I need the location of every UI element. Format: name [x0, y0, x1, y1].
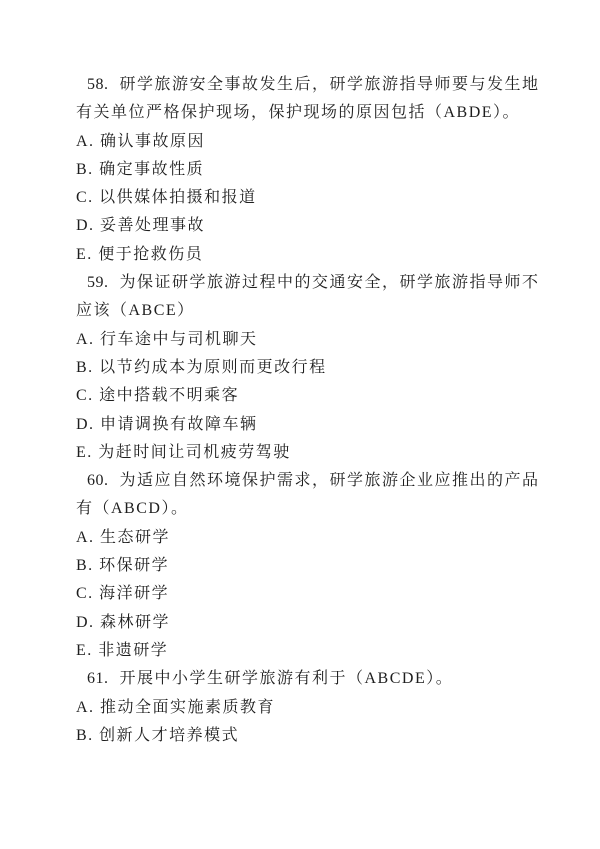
question-61-option-b: B. 创新人才培养模式	[76, 722, 546, 750]
question-60-stem-line-2: 有（ABCD）。	[76, 495, 546, 523]
question-58-option-a: A. 确认事故原因	[76, 128, 546, 156]
document-page: 58.研学旅游安全事故发生后，研学旅游指导师要与发生地 有关单位严格保护现场，保…	[0, 0, 600, 849]
question-59-option-d: D. 申请调换有故障车辆	[76, 411, 546, 439]
question-58-option-b: B. 确定事故性质	[76, 156, 546, 184]
question-59-stem-text-1: 为保证研学旅游过程中的交通安全，研学旅游指导师不	[120, 274, 540, 291]
question-59-number: 59.	[87, 274, 109, 291]
question-60-option-b: B. 环保研学	[76, 552, 546, 580]
question-59: 59.为保证研学旅游过程中的交通安全，研学旅游指导师不 应该（ABCE） A. …	[76, 269, 546, 467]
question-60-option-c: C. 海洋研学	[76, 580, 546, 608]
question-60: 60.为适应自然环境保护需求，研学旅游企业应推出的产品 有（ABCD）。 A. …	[76, 467, 546, 665]
question-59-option-c: C. 途中搭载不明乘客	[76, 382, 546, 410]
question-58-stem-text-1: 研学旅游安全事故发生后，研学旅游指导师要与发生地	[120, 76, 540, 93]
question-58: 58.研学旅游安全事故发生后，研学旅游指导师要与发生地 有关单位严格保护现场，保…	[76, 71, 546, 269]
question-58-number: 58.	[87, 76, 109, 93]
question-61: 61.开展中小学生研学旅游有利于（ABCDE）。 A. 推动全面实施素质教育 B…	[76, 665, 546, 750]
document-text-block: 58.研学旅游安全事故发生后，研学旅游指导师要与发生地 有关单位严格保护现场，保…	[76, 71, 546, 750]
question-58-option-e: E. 便于抢救伤员	[76, 241, 546, 269]
question-59-option-e: E. 为赶时间让司机疲劳驾驶	[76, 439, 546, 467]
question-58-stem-line-2: 有关单位严格保护现场，保护现场的原因包括（ABDE）。	[76, 99, 546, 127]
question-59-option-a: A. 行车途中与司机聊天	[76, 326, 546, 354]
question-60-option-d: D. 森林研学	[76, 609, 546, 637]
question-59-stem-line-1: 59.为保证研学旅游过程中的交通安全，研学旅游指导师不	[76, 269, 546, 297]
question-60-stem-text-1: 为适应自然环境保护需求，研学旅游企业应推出的产品	[120, 472, 540, 489]
question-58-option-d: D. 妥善处理事故	[76, 212, 546, 240]
question-61-number: 61.	[87, 670, 109, 687]
question-60-number: 60.	[87, 472, 109, 489]
question-60-option-a: A. 生态研学	[76, 524, 546, 552]
question-59-stem-line-2: 应该（ABCE）	[76, 297, 546, 325]
question-60-option-e: E. 非遗研学	[76, 637, 546, 665]
question-59-option-b: B. 以节约成本为原则而更改行程	[76, 354, 546, 382]
question-58-option-c: C. 以供媒体拍摄和报道	[76, 184, 546, 212]
question-61-stem-text-1: 开展中小学生研学旅游有利于（ABCDE）。	[120, 670, 454, 687]
question-61-stem-line-1: 61.开展中小学生研学旅游有利于（ABCDE）。	[76, 665, 546, 693]
question-58-stem-line-1: 58.研学旅游安全事故发生后，研学旅游指导师要与发生地	[76, 71, 546, 99]
question-60-stem-line-1: 60.为适应自然环境保护需求，研学旅游企业应推出的产品	[76, 467, 546, 495]
question-61-option-a: A. 推动全面实施素质教育	[76, 694, 546, 722]
